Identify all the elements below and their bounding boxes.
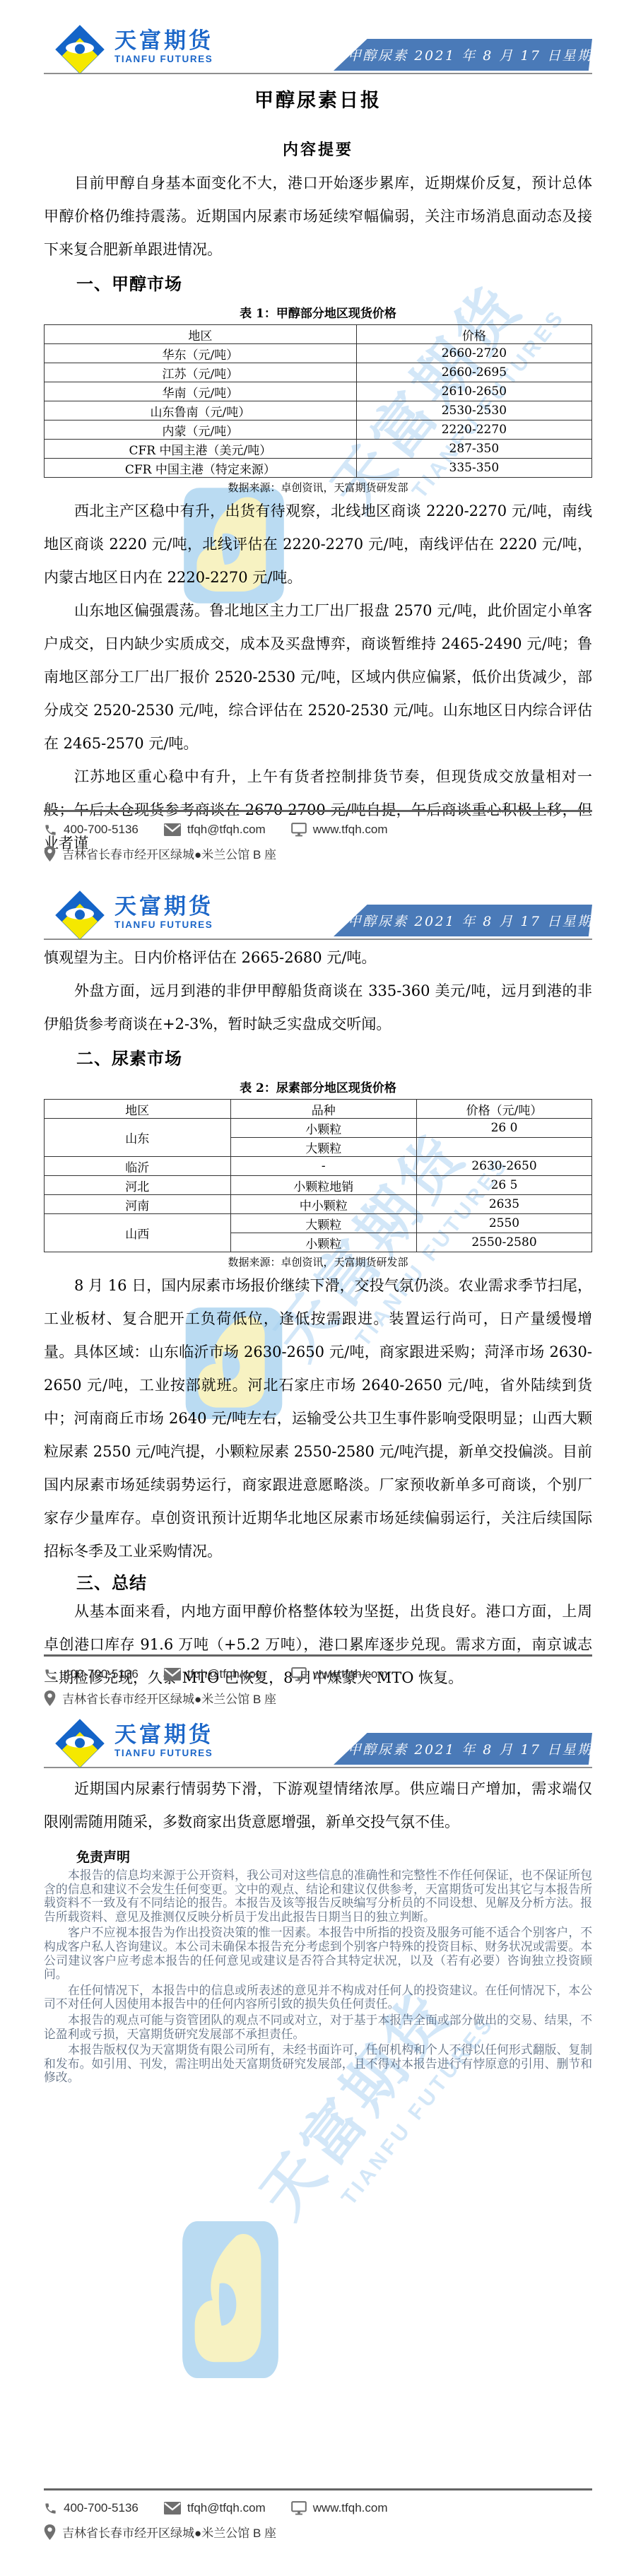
table-row: 江苏（元/吨）2660-2695: [45, 363, 592, 382]
phone-icon: [44, 1668, 57, 1681]
table-row: 山东 小颗粒 26 0: [45, 1119, 592, 1138]
cell-price: 26 0: [417, 1119, 592, 1138]
cell-variety: 小颗粒: [230, 1119, 417, 1138]
table-header-row: 地区 价格: [45, 325, 592, 344]
brand-name: 天富期货 TIANFU FUTURES: [114, 1724, 213, 1758]
footer-divider: [44, 1654, 592, 1657]
cell-region: 临沂: [45, 1157, 231, 1176]
table-row: 山西 大颗粒 2550: [45, 1214, 592, 1233]
disclaimer-heading: 免责声明: [44, 1849, 592, 1866]
summary-heading: 内容提要: [44, 138, 592, 160]
footer-email: tfqh@tfqh.com: [164, 1667, 266, 1681]
monitor-icon: [291, 1667, 307, 1681]
table-row: 河南 中小颗粒 2635: [45, 1195, 592, 1214]
table2-caption: 表 2：尿素部分地区现货价格: [44, 1078, 592, 1095]
summary-paragraph: 目前甲醇自身基本面变化不大，港口开始逐步累库，近期煤价反复，预计总体甲醇价格仍维…: [44, 167, 592, 266]
report-date-banner: 甲醇尿素 2021 年 8 月 17 日星期二: [334, 1733, 592, 1765]
footer-address-text: 吉林省长春市经开区绿城●米兰公馆 B 座: [62, 845, 276, 862]
table-row: CFR 中国主港（美元/吨）287-350: [45, 440, 592, 459]
cell-region: 内蒙（元/吨）: [45, 420, 357, 440]
paragraph-jiangsu-continued: 慎观望为主。日内价格评估在 2665-2680 元/吨。: [44, 941, 592, 975]
table-row: 河北 小颗粒地销 26 5: [45, 1176, 592, 1195]
cell-price: 2610-2650: [356, 382, 591, 401]
location-pin-icon: [44, 846, 56, 861]
disclaimer-paragraph: 在任何情况下，本报告中的信息或所表述的意见并不构成对任何人的投资建议。在任何情况…: [44, 1984, 592, 2011]
page-header: 天富期货 TIANFU FUTURES 甲醇尿素 2021 年 8 月 17 日…: [44, 1717, 592, 1768]
page-2: 天富期货 TIANFU FUTURES 甲醇尿素 2021 年 8 月 17 日…: [0, 883, 636, 1717]
report-date-banner: 甲醇尿素 2021 年 8 月 17 日星期二: [334, 905, 592, 936]
footer-address-row: 吉林省长春市经开区绿城●米兰公馆 B 座: [44, 845, 592, 862]
footer-website-text: www.tfqh.com: [313, 2501, 388, 2515]
table2-source-note: 数据来源：卓创资讯，天富期货研发部: [44, 1254, 592, 1269]
cell-region: 华东（元/吨）: [45, 344, 357, 363]
footer-website: www.tfqh.com: [291, 1667, 388, 1681]
brand-name-cn: 天富期货: [114, 30, 213, 52]
footer-divider: [44, 2488, 592, 2490]
phone-icon: [44, 2502, 57, 2515]
disclaimer-paragraph: 本报告版权仅为天富期货有限公司所有，未经书面许可，任何机构和个人不得以任何形式翻…: [44, 2043, 592, 2085]
col-header-price: 价格（元/吨）: [417, 1100, 592, 1119]
table1-source-note: 数据来源：卓创资讯，天富期货研发部: [44, 480, 592, 495]
table-row: 华东（元/吨）2660-2720: [45, 344, 592, 363]
report-date-label: 甲醇尿素 2021 年 8 月 17 日星期二: [348, 1739, 608, 1758]
disclaimer-paragraph: 客户不应视本报告为作出投资决策的惟一因素。本报告中所指的投资及服务可能不适合个别…: [44, 1926, 592, 1981]
report-date-label: 甲醇尿素 2021 年 8 月 17 日星期二: [348, 911, 608, 930]
paragraph-shandong: 山东地区偏强震荡。鲁北地区主力工厂出厂报盘 2570 元/吨，此价固定小单客户成…: [44, 594, 592, 760]
brand-name-en: TIANFU FUTURES: [114, 54, 213, 64]
footer-phone-text: 400-700-5136: [64, 1667, 139, 1681]
page-header: 天富期货 TIANFU FUTURES 甲醇尿素 2021 年 8 月 17 日…: [44, 23, 592, 74]
cell-region: CFR 中国主港（特定来源）: [45, 459, 357, 478]
cell-region: CFR 中国主港（美元/吨）: [45, 440, 357, 459]
footer-address-row: 吉林省长春市经开区绿城●米兰公馆 B 座: [44, 2523, 592, 2541]
footer-website-text: www.tfqh.com: [313, 823, 388, 837]
report-title: 甲醇尿素日报: [44, 85, 592, 112]
footer-email: tfqh@tfqh.com: [164, 2501, 266, 2515]
brand-name-cn: 天富期货: [114, 895, 213, 917]
footer-phone-text: 400-700-5136: [64, 2501, 139, 2515]
paragraph-external-market: 外盘方面，远月到港的非伊甲醇船货商谈在 335-360 美元/吨，远月到港的非伊…: [44, 975, 592, 1041]
footer-email-text: tfqh@tfqh.com: [187, 823, 266, 837]
footer-email-text: tfqh@tfqh.com: [187, 2501, 266, 2515]
cell-region: 河南: [45, 1195, 231, 1214]
footer-contact-row: 400-700-5136 tfqh@tfqh.com www.tfqh.com: [44, 2501, 592, 2515]
brand-name: 天富期货 TIANFU FUTURES: [114, 30, 213, 64]
phone-icon: [44, 823, 57, 837]
page-header: 天富期货 TIANFU FUTURES 甲醇尿素 2021 年 8 月 17 日…: [44, 889, 592, 940]
envelope-icon: [164, 1668, 181, 1681]
cell-variety: 大颗粒: [230, 1214, 417, 1233]
footer-address: 吉林省长春市经开区绿城●米兰公馆 B 座: [44, 845, 276, 862]
cell-variety: 小颗粒: [230, 1233, 417, 1252]
footer-address: 吉林省长春市经开区绿城●米兰公馆 B 座: [44, 2523, 276, 2541]
cell-price: 26 5: [417, 1176, 592, 1195]
cell-region: 江苏（元/吨）: [45, 363, 357, 382]
table-row: 山东鲁南（元/吨）2530-2530: [45, 401, 592, 420]
paragraph-northwest: 西北主产区稳中有升，出货有待观察，北线地区商谈 2220-2270 元/吨，南线…: [44, 495, 592, 594]
footer-address-row: 吉林省长春市经开区绿城●米兰公馆 B 座: [44, 1689, 592, 1707]
section-heading-conclusion: 三、总结: [44, 1572, 592, 1595]
cell-price: 2530-2530: [356, 401, 591, 420]
methanol-price-table: 地区 价格 华东（元/吨）2660-2720 江苏（元/吨）2660-2695 …: [44, 324, 592, 478]
paragraph-urea-outlook: 近期国内尿素行情弱势下滑，下游观望情绪浓厚。供应端日产增加，需求端仅限刚需随用随…: [44, 1772, 592, 1839]
report-date-label: 甲醇尿素 2021 年 8 月 17 日星期二: [348, 45, 608, 64]
tianfu-logo-icon: [54, 1717, 106, 1770]
cell-price: 2660-2695: [356, 363, 591, 382]
footer-phone: 400-700-5136: [44, 2501, 139, 2515]
cell-variety: -: [230, 1157, 417, 1176]
brand-name-en: TIANFU FUTURES: [114, 920, 213, 930]
table-row: 内蒙（元/吨）2220-2270: [45, 420, 592, 440]
monitor-icon: [291, 2501, 307, 2515]
brand-name-en: TIANFU FUTURES: [114, 1748, 213, 1758]
page-3: 天富期货 TIANFU FUTURES 甲醇尿素 2021 年 8 月 17 日…: [0, 1717, 636, 2576]
page-1: 天富期货 TIANFU FUTURES 甲醇尿素 2021 年 8 月 17 日…: [0, 0, 636, 883]
cell-price: 2550: [417, 1214, 592, 1233]
cell-variety: 大颗粒: [230, 1138, 417, 1157]
cell-region: 山东鲁南（元/吨）: [45, 401, 357, 420]
location-pin-icon: [44, 1690, 56, 1706]
urea-price-table: 地区 品种 价格（元/吨） 山东 小颗粒 26 0 大颗粒 临沂 - 2630-…: [44, 1099, 592, 1252]
col-header-variety: 品种: [230, 1100, 417, 1119]
cell-price: 2635: [417, 1195, 592, 1214]
footer-website-text: www.tfqh.com: [313, 1667, 388, 1681]
footer-email: tfqh@tfqh.com: [164, 823, 266, 837]
cell-variety: 中小颗粒: [230, 1195, 417, 1214]
footer-contact-row: 400-700-5136 tfqh@tfqh.com www.tfqh.com: [44, 1667, 592, 1681]
cell-variety: 小颗粒地销: [230, 1176, 417, 1195]
cell-price: [417, 1138, 592, 1157]
footer-address-text: 吉林省长春市经开区绿城●米兰公馆 B 座: [62, 1689, 276, 1707]
cell-region: 华南（元/吨）: [45, 382, 357, 401]
footer-address: 吉林省长春市经开区绿城●米兰公馆 B 座: [44, 1689, 276, 1707]
tianfu-logo-icon: [54, 23, 106, 76]
disclaimer-paragraph: 本报告的信息均来源于公开资料，我公司对这些信息的准确性和完整性不作任何保证，也不…: [44, 1869, 592, 1924]
table-row: 临沂 - 2630-2650: [45, 1157, 592, 1176]
footer-phone: 400-700-5136: [44, 823, 139, 837]
disclaimer-paragraph: 本报告的观点可能与资管团队的观点不同或对立，对于基于本报告全面或部分做出的交易、…: [44, 2013, 592, 2041]
cell-price: 2550-2580: [417, 1233, 592, 1252]
envelope-icon: [164, 823, 181, 836]
page-footer: 400-700-5136 tfqh@tfqh.com www.tfqh.com …: [44, 1654, 592, 1707]
brand-name-cn: 天富期货: [114, 1724, 213, 1746]
page-footer: 400-700-5136 tfqh@tfqh.com www.tfqh.com …: [44, 2488, 592, 2541]
cell-region: 河北: [45, 1176, 231, 1195]
footer-email-text: tfqh@tfqh.com: [187, 1667, 266, 1681]
paragraph-urea-market: 8 月 16 日，国内尿素市场报价继续下滑，交投气氛仍淡。农业需求季节扫尾，工业…: [44, 1269, 592, 1568]
col-header-price: 价格: [356, 325, 591, 344]
brand-name: 天富期货 TIANFU FUTURES: [114, 895, 213, 930]
cell-price: 335-350: [356, 459, 591, 478]
cell-price: 287-350: [356, 440, 591, 459]
table-row: 华南（元/吨）2610-2650: [45, 382, 592, 401]
footer-website: www.tfqh.com: [291, 2501, 388, 2515]
footer-phone: 400-700-5136: [44, 1667, 139, 1681]
cell-price: 2630-2650: [417, 1157, 592, 1176]
envelope-icon: [164, 2502, 181, 2515]
col-header-region: 地区: [45, 1100, 231, 1119]
cell-region: 山西: [45, 1214, 231, 1252]
footer-address-text: 吉林省长春市经开区绿城●米兰公馆 B 座: [62, 2523, 276, 2541]
location-pin-icon: [44, 2524, 56, 2540]
cell-price: 2220-2270: [356, 420, 591, 440]
table-header-row: 地区 品种 价格（元/吨）: [45, 1100, 592, 1119]
footer-website: www.tfqh.com: [291, 823, 388, 837]
section-heading-urea: 二、尿素市场: [44, 1048, 592, 1071]
table-row: CFR 中国主港（特定来源）335-350: [45, 459, 592, 478]
report-date-banner: 甲醇尿素 2021 年 8 月 17 日星期二: [334, 39, 592, 71]
section-heading-methanol: 一、甲醇市场: [44, 274, 592, 296]
table1-caption: 表 1：甲醇部分地区现货价格: [44, 303, 592, 321]
footer-contact-row: 400-700-5136 tfqh@tfqh.com www.tfqh.com: [44, 823, 592, 837]
tianfu-logo-icon: [54, 889, 106, 941]
monitor-icon: [291, 823, 307, 837]
page-footer: 400-700-5136 tfqh@tfqh.com www.tfqh.com …: [44, 810, 592, 862]
footer-phone-text: 400-700-5136: [64, 823, 139, 837]
footer-divider: [44, 810, 592, 812]
cell-region: 山东: [45, 1119, 231, 1157]
col-header-region: 地区: [45, 325, 357, 344]
cell-price: 2660-2720: [356, 344, 591, 363]
